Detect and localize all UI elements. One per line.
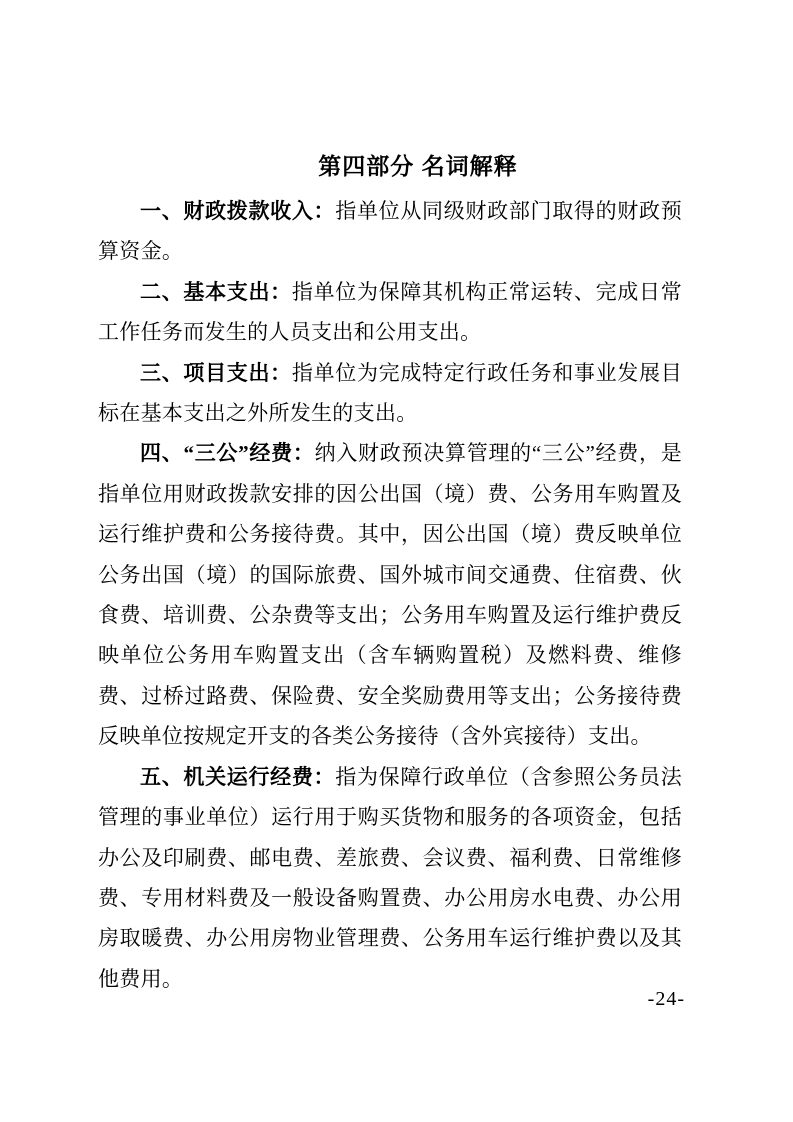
- term-body: 指为保障行政单位（含参照公务员法管理的事业单位）运行用于购买货物和服务的各项资金…: [98, 765, 682, 991]
- definition-paragraph-basic-expenditure: 二、基本支出：指单位为保障其机构正常运转、完成日常工作任务而发生的人员支出和公用…: [98, 272, 682, 353]
- document-page: 第四部分 名词解释 一、财政拨款收入：指单位从同级财政部门取得的财政预算资金。 …: [0, 0, 793, 1122]
- term-lead: 二、基本支出：: [140, 280, 292, 304]
- term-body: 纳入财政预决算管理的“三公”经费，是指单位用财政拨款安排的因公出国（境）费、公务…: [98, 441, 682, 748]
- definition-paragraph-project-expenditure: 三、项目支出：指单位为完成特定行政任务和事业发展目标在基本支出之外所发生的支出。: [98, 353, 682, 434]
- term-lead: 四、“三公”经费：: [140, 441, 315, 465]
- definition-paragraph-fiscal-appropriation-income: 一、财政拨款收入：指单位从同级财政部门取得的财政预算资金。: [98, 191, 682, 272]
- definition-paragraph-agency-operating-funds: 五、机关运行经费：指为保障行政单位（含参照公务员法管理的事业单位）运行用于购买货…: [98, 757, 682, 999]
- document-content: 第四部分 名词解释 一、财政拨款收入：指单位从同级财政部门取得的财政预算资金。 …: [98, 146, 682, 999]
- page-number: -24-: [648, 988, 685, 1011]
- page-title: 第四部分 名词解释: [126, 146, 710, 186]
- term-lead: 一、财政拨款收入：: [140, 199, 335, 223]
- definition-paragraph-three-public-funds: 四、“三公”经费：纳入财政预决算管理的“三公”经费，是指单位用财政拨款安排的因公…: [98, 433, 682, 756]
- term-lead: 五、机关运行经费：: [140, 765, 335, 789]
- term-lead: 三、项目支出：: [140, 361, 292, 385]
